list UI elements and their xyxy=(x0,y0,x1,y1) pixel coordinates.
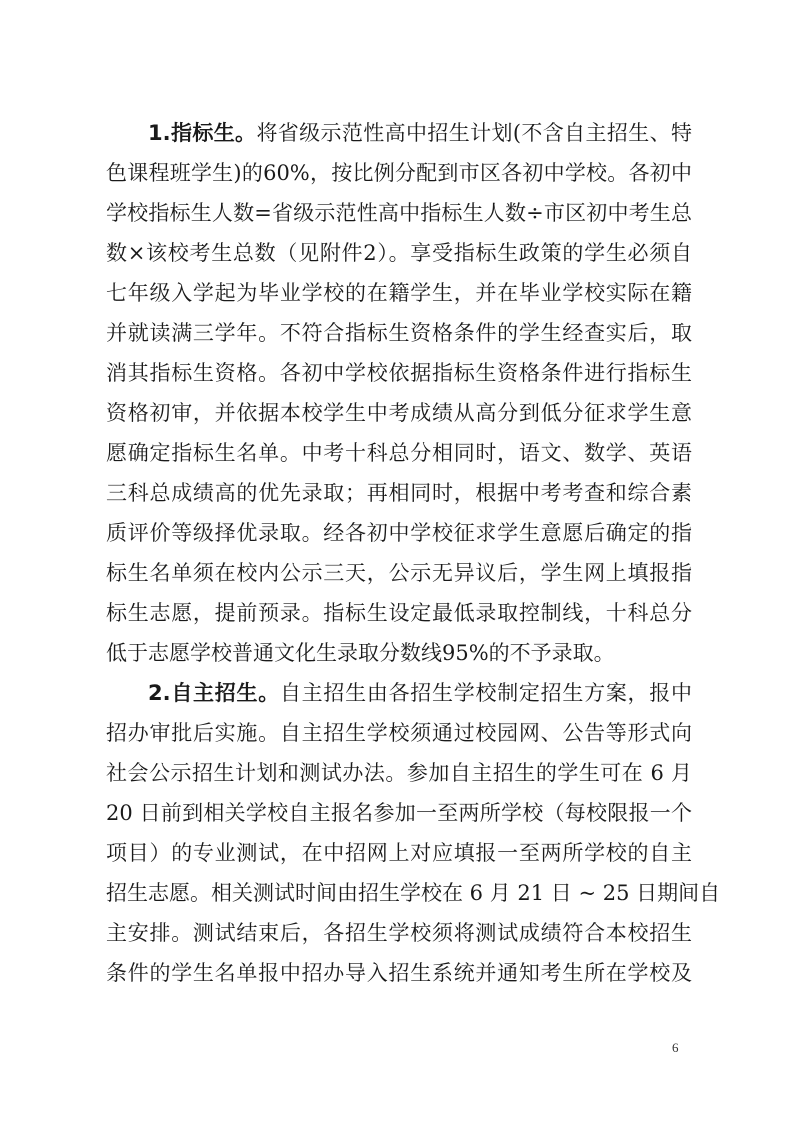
paragraph-2-heading: 2.自主招生。 xyxy=(148,681,280,705)
page-number: 6 xyxy=(672,1040,679,1056)
paragraph-1-line: 并就读满三学年。不符合指标生资格条件的学生经查实后，取 xyxy=(106,313,692,353)
paragraph-2-line: 项目）的专业测试，在中招网上对应填报一至两所学校的自主 xyxy=(106,833,692,873)
paragraph-1-line-1: 1.指标生。将省级示范性高中招生计划(不含自主招生、特 xyxy=(106,113,692,153)
document-page: 1.指标生。将省级示范性高中招生计划(不含自主招生、特 色课程班学生)的60%，… xyxy=(0,0,793,1122)
paragraph-2-line: 20 日前到相关学校自主报名参加一至两所学校（每校限报一个 xyxy=(106,793,692,833)
paragraph-1-line: 色课程班学生)的60%，按比例分配到市区各初中学校。各初中 xyxy=(106,153,692,193)
paragraph-1-line: 三科总成绩高的优先录取；再相同时，根据中考考查和综合素 xyxy=(106,473,692,513)
paragraph-1-line: 数×该校考生总数（见附件2）。享受指标生政策的学生必须自 xyxy=(106,233,692,273)
paragraph-1-heading: 1.指标生。 xyxy=(148,121,256,145)
paragraph-2-line: 社会公示招生计划和测试办法。参加自主招生的学生可在 6 月 xyxy=(106,753,692,793)
document-body: 1.指标生。将省级示范性高中招生计划(不含自主招生、特 色课程班学生)的60%，… xyxy=(106,113,692,993)
paragraph-1-line: 七年级入学起为毕业学校的在籍学生，并在毕业学校实际在籍 xyxy=(106,273,692,313)
paragraph-1-line: 质评价等级择优录取。经各初中学校征求学生意愿后确定的指 xyxy=(106,513,692,553)
paragraph-2-text: 自主招生由各招生学校制定招生方案，报中 xyxy=(280,681,692,705)
paragraph-1-text: 将省级示范性高中招生计划(不含自主招生、特 xyxy=(256,121,692,145)
paragraph-1-line: 标生志愿，提前预录。指标生设定最低录取控制线，十科总分 xyxy=(106,593,692,633)
paragraph-2-line: 招办审批后实施。自主招生学校须通过校园网、公告等形式向 xyxy=(106,713,692,753)
paragraph-2-line: 主安排。测试结束后，各招生学校须将测试成绩符合本校招生 xyxy=(106,913,692,953)
paragraph-1-line: 学校指标生人数=省级示范性高中指标生人数÷市区初中考生总 xyxy=(106,193,692,233)
paragraph-1-line: 资格初审，并依据本校学生中考成绩从高分到低分征求学生意 xyxy=(106,393,692,433)
paragraph-2-line-1: 2.自主招生。自主招生由各招生学校制定招生方案，报中 xyxy=(106,673,692,713)
paragraph-1-line: 消其指标生资格。各初中学校依据指标生资格条件进行指标生 xyxy=(106,353,692,393)
paragraph-2-line: 条件的学生名单报中招办导入招生系统并通知考生所在学校及 xyxy=(106,953,692,993)
paragraph-1-line: 标生名单须在校内公示三天，公示无异议后，学生网上填报指 xyxy=(106,553,692,593)
paragraph-1-line: 愿确定指标生名单。中考十科总分相同时，语文、数学、英语 xyxy=(106,433,692,473)
paragraph-2-line: 招生志愿。相关测试时间由招生学校在 6 月 21 日 ~ 25 日期间自 xyxy=(106,873,692,913)
paragraph-1-line-last: 低于志愿学校普通文化生录取分数线95%的不予录取。 xyxy=(106,633,692,673)
